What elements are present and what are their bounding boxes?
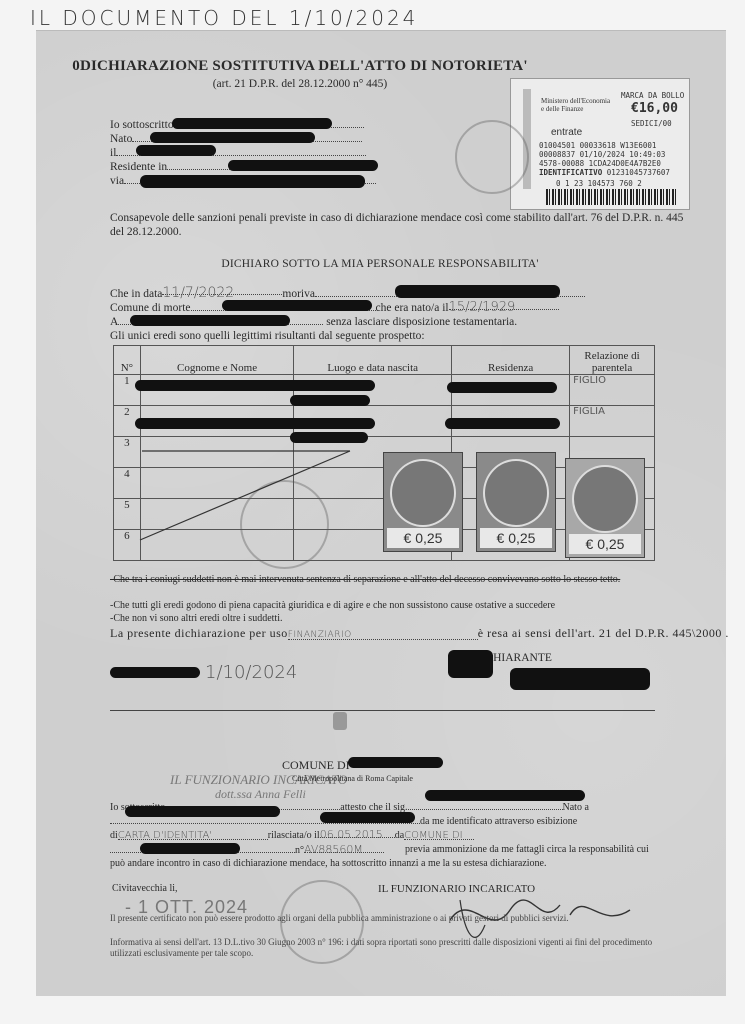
cell-relazione: FIGLIO xyxy=(570,375,655,406)
stamp-value: € 0,25 xyxy=(387,528,459,548)
revenue-stamp: € 0,25 xyxy=(476,452,556,552)
privacy-notice: Informativa ai sensi dell'art. 13 D.L.ti… xyxy=(110,937,655,959)
redaction xyxy=(447,382,557,393)
redaction xyxy=(135,380,375,391)
redaction xyxy=(140,175,365,188)
col-header: Residenza xyxy=(452,346,570,375)
document-title: 0DICHIARAZIONE SOSTITUTIVA DELL'ATTO DI … xyxy=(0,58,600,75)
municipal-crest-icon xyxy=(333,712,347,730)
barcode xyxy=(546,189,676,205)
bollo-codes: 01004501 00033618 W13E6001 00008837 01/1… xyxy=(539,141,684,177)
redaction xyxy=(228,160,378,171)
redaction xyxy=(172,118,332,129)
col-header: Cognome e Nome xyxy=(140,346,293,375)
auth-line-3: diCARTA D'IDENTITA'rilasciata/o il06.05.… xyxy=(110,828,474,841)
redaction xyxy=(425,790,585,801)
col-header: N° xyxy=(114,346,141,375)
stamp-value: € 0,25 xyxy=(480,528,552,548)
redaction xyxy=(348,757,443,768)
struck-clause: -Che tra i coniugi suddetti non è mai in… xyxy=(110,574,655,586)
coat-of-arms-icon xyxy=(483,459,549,527)
consapevole-paragraph: Consapevole delle sanzioni penali previs… xyxy=(110,211,690,239)
redaction xyxy=(320,812,415,823)
agency-logo: entrate xyxy=(551,127,582,138)
municipal-seal xyxy=(455,120,529,194)
bollo-amount-words: SEDICI/00 xyxy=(631,119,672,128)
marca-da-bollo: Ministero dell'Economia e delle Finanze … xyxy=(510,78,690,210)
revenue-stamp: € 0,25 xyxy=(565,458,645,558)
place-label: Civitavecchia li, xyxy=(112,883,178,894)
cell-n: 1 xyxy=(114,375,141,406)
redaction xyxy=(395,285,560,298)
col-header: Relazione di parentela xyxy=(570,346,655,375)
redaction xyxy=(135,418,375,429)
redaction xyxy=(222,300,372,311)
redaction xyxy=(130,315,290,326)
bollo-issuer: Ministero dell'Economia e delle Finanze xyxy=(541,97,611,113)
divider xyxy=(110,710,655,711)
redaction xyxy=(110,667,200,678)
bollo-amount: €16,00 xyxy=(631,101,678,116)
clause-altri-eredi: -Che non vi sono altri eredi oltre i sud… xyxy=(110,613,282,624)
handwritten-header: IL DOCUMENTO DEL 1/10/2024 xyxy=(30,6,418,30)
cancellation-stroke xyxy=(130,448,390,548)
comune-label: COMUNE DI xyxy=(282,758,350,773)
field-uso: La presente dichiarazione per usoFINANZI… xyxy=(110,626,729,641)
declaration-heading: DICHIARO SOTTO LA MIA PERSONALE RESPONSA… xyxy=(100,258,660,270)
redaction xyxy=(136,145,216,156)
cell-relazione: FIGLIA xyxy=(570,406,655,437)
barcode-number: 0 1 23 104573 760 2 xyxy=(556,179,642,188)
redaction xyxy=(448,650,493,678)
signing-date: 1/10/2024 xyxy=(205,662,297,683)
metro-city-label: Città Metropolitana di Roma Capitale xyxy=(292,774,413,783)
bollo-label: MARCA DA BOLLO xyxy=(621,91,684,100)
certificate-notice: Il presente certificato non può essere p… xyxy=(110,913,655,924)
redaction xyxy=(510,668,650,690)
stamp-value: € 0,25 xyxy=(569,534,641,554)
coat-of-arms-icon xyxy=(390,459,456,527)
col-header: Luogo e data nascita xyxy=(294,346,452,375)
redaction xyxy=(150,132,315,143)
redaction xyxy=(290,395,370,406)
coat-of-arms-icon xyxy=(572,465,638,533)
revenue-stamp: € 0,25 xyxy=(383,452,463,552)
auth-ammonizione: previa ammonizione da me fattagli circa … xyxy=(110,843,655,871)
redaction xyxy=(445,418,560,429)
eredi-intro: Gli unici eredi sono quelli legittimi ri… xyxy=(110,330,425,342)
clause-capacita: -Che tutti gli eredi godono di piena cap… xyxy=(110,600,555,611)
redaction xyxy=(290,432,368,443)
